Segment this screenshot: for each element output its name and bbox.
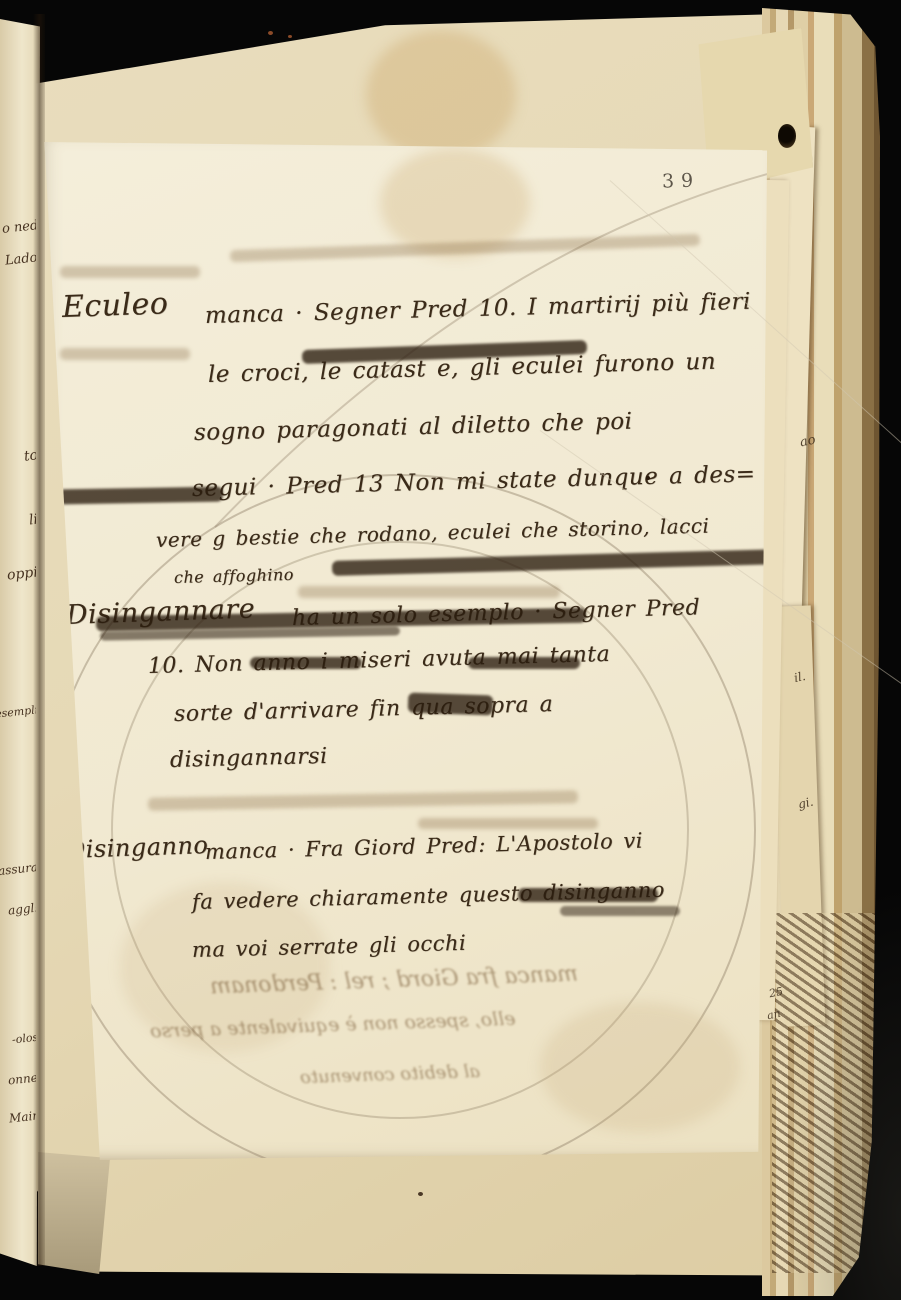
entry-line: vere g bestie che rodano, eculei che sto… [156, 514, 710, 552]
entry-line: ma voi serrate gli occhi [192, 931, 467, 962]
gutter-shadow [33, 14, 45, 1266]
ink-speck [646, 476, 650, 480]
ink-offset-smear [60, 348, 190, 360]
ink-smudge [468, 657, 580, 669]
ink-smudge [560, 906, 680, 916]
entry-headword: Eculeo [61, 286, 169, 325]
paper-speck [288, 35, 292, 38]
ink-offset-smear [148, 790, 578, 811]
ink-offset-smear [298, 586, 560, 598]
bleedthrough-line: al debito convenuto [300, 1061, 481, 1088]
manuscript-page: 39 Eculeo manca · Segner Pred 10. I mart… [40, 142, 770, 1160]
paper-speck [268, 31, 273, 35]
entry-line: sogno paragonati al diletto che poi [194, 409, 633, 446]
edge-ink-fragment: ao [799, 433, 817, 451]
entry-line: manca · Segner Pred 10. I martirij più f… [205, 289, 752, 329]
entry-line: segui · Pred 13 Non mi state dunque a de… [192, 461, 756, 502]
entry-line: manca · Fra Giord Pred: L'Apostolo vi [205, 829, 644, 864]
ink-smudge [250, 657, 362, 669]
ink-blot [408, 693, 494, 716]
paper-stain [540, 1002, 740, 1132]
manuscript-photo: o ned Lado to li oppi o esempli assura a… [0, 0, 901, 1300]
ink-smudge [518, 888, 658, 902]
entry-line: disingannarsi [170, 744, 328, 773]
entry-line: sorte d'arrivare fin qua sopra a [174, 692, 554, 727]
ink-smudge [58, 487, 223, 505]
entry-headword: Disinganno [66, 831, 209, 864]
entry-line: che affoghino [174, 565, 294, 587]
bleedthrough-line: manca fra Giord ; rel : Perdonam [210, 962, 579, 1000]
bottom-left-page-stack [38, 1152, 110, 1274]
ink-offset-smear [230, 234, 700, 262]
strikethrough-smudge [332, 549, 770, 576]
ink-offset-smear [60, 266, 200, 278]
page-edge-texture [772, 913, 876, 1273]
page-number: 39 [662, 169, 701, 192]
ink-offset-smear [418, 818, 598, 829]
paper-speck [418, 1192, 423, 1196]
wormhole [778, 124, 796, 148]
bleedthrough-line: ello, spesso non è equivalente a perso [150, 1008, 516, 1043]
paper-stain [366, 30, 516, 160]
edge-ink-fragment: an [766, 1007, 782, 1023]
